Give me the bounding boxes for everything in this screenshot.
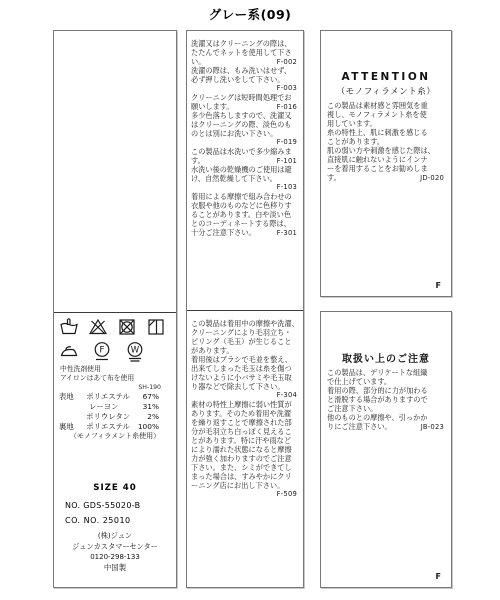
caution-line: とがあります。特に汗や雨など — [191, 436, 299, 445]
care-symbols-row-2: F W — [59, 341, 145, 362]
caution-line: F-103 — [191, 183, 299, 192]
care-label-panel: F W 中性洗剤使用 アイロンはあて布を使用 SH-190 表地 ポリエステル … — [53, 30, 177, 588]
handling-line: ご注意下さい。 — [327, 404, 446, 413]
caution-line: 分が毛羽立ち白っぽく見えるこ — [191, 427, 299, 436]
caution-line: 力が強く加わりますのでご注意 — [191, 454, 299, 463]
caution-line: 水洗い後の乾燥機のご使用は避 — [191, 165, 299, 174]
attention-line: 用しています。 — [327, 119, 446, 128]
composition-material: ポリウレタン — [86, 412, 130, 422]
attention-line: 視し、モノフィラメント糸を使 — [327, 110, 446, 119]
line-dry-in-shade-icon — [146, 317, 166, 337]
caution-line: 洗濯又はクリーニングの際は、 — [191, 39, 299, 48]
handling-text: この製品は、デリケートな組織 で仕上げています。 着用の際、部分的に力が加わる … — [327, 368, 446, 431]
caution-line: たたんでネットを使用して下さ — [191, 48, 299, 57]
caution-line: この製品は水洗いで多少縮みま — [191, 147, 299, 156]
iron-icon — [59, 341, 79, 362]
attention-text: この製品は素材感と雰囲気を重 視し、モノフィラメント糸を使 用しています。 糸の… — [327, 101, 446, 182]
composition-material: ポリエステル — [86, 392, 130, 402]
caution-line: クリーニングにより毛羽立ち・ — [191, 328, 299, 337]
caution-code: F-019 — [277, 138, 299, 147]
care-notes: 中性洗剤使用 アイロンはあて布を使用 — [60, 365, 134, 383]
handling-line: 他のものとの摩擦や、引っかか — [327, 413, 446, 422]
caution-code: F-003 — [277, 84, 299, 93]
caution-line: ピリング（毛玉）が生じること — [191, 337, 299, 346]
caution-line: ることがあります。白や淡い色 — [191, 210, 299, 219]
caution-line: い。 F-002 — [191, 57, 299, 66]
caution-line: 着用による摩擦で組み合わせの — [191, 192, 299, 201]
wet-clean-icon: W — [125, 341, 145, 362]
caution-line: 衣服や他のものなどに色移りす — [191, 201, 299, 210]
caution-line: 下さい。また、シミができてし — [191, 463, 299, 472]
ref-code: SH-190 — [138, 384, 161, 391]
caution-line: けないように小バサミや毛玉取 — [191, 373, 299, 382]
maker-block: (株)ジュン ジュンカスタマーセンター 0120-298-133 中国製 — [54, 531, 176, 573]
composition-percent: 31% — [127, 402, 171, 412]
care-note-iron-cloth: アイロンはあて布を使用 — [60, 374, 134, 383]
caution-line: 必ず押し洗いをして下さい。 — [191, 75, 299, 84]
left-panel-divider — [54, 312, 176, 313]
caution-line: 出来てしまった毛玉は糸を傷つ — [191, 364, 299, 373]
svg-text:W: W — [131, 346, 140, 356]
caution-line: のとは別にお洗い下さい。 — [191, 129, 299, 138]
phone-number: 0120-298-133 — [54, 552, 176, 563]
caution-line: を繰り返すことで摩擦された部 — [191, 418, 299, 427]
handling-code: JB-023 — [421, 423, 446, 432]
caution-line: はクリーニングの際、淡色のも — [191, 120, 299, 129]
caution-line: す。 F-101 — [191, 156, 299, 165]
middle-panel-divider — [187, 310, 303, 311]
attention-line: 糸の特性上、肌に刺激を感じる — [327, 128, 446, 137]
caution-line: ーニング店にお出し下さい。 — [191, 481, 299, 490]
handling-line: 着用の際、部分的に力が加わる — [327, 386, 446, 395]
caution-code: F-304 — [277, 391, 299, 400]
caution-line: F-003 — [191, 84, 299, 93]
attention-heading: ATTENTION — [321, 71, 451, 83]
caution-line: F-019 — [191, 138, 299, 147]
attention-line: 肌の弱い方や刺激を感じた際は、 — [327, 146, 446, 155]
attention-line: ことがあります。 — [327, 137, 446, 146]
handling-caution-panel: 取扱い上のご注意 この製品は、デリケートな組織 で仕上げています。 着用の際、部… — [320, 311, 452, 588]
item-number: NO. GDS-55020-B — [65, 501, 140, 510]
attention-panel: ATTENTION （モノフィラメント糸） この製品は素材感と雰囲気を重 視し、… — [320, 30, 452, 297]
composition-percent: 2% — [130, 412, 171, 422]
caution-line: 着用後はブラシで毛並を整え、 — [191, 355, 299, 364]
company-name: (株)ジュン — [54, 531, 176, 542]
co-number: CO. NO. 25010 — [65, 516, 131, 525]
caution-line: とのコーディネートする際は、 — [191, 219, 299, 228]
handling-line: この製品は、デリケートな組織 — [327, 368, 446, 377]
handling-line: で仕上げています。 — [327, 377, 446, 386]
composition-row: レーヨン 31% — [59, 402, 171, 412]
country-of-origin: 中国製 — [54, 563, 176, 574]
wash-caution-panel: 洗濯又はクリーニングの際は、 たたんでネットを使用して下さ い。 F-002 洗… — [186, 30, 304, 588]
do-not-tumble-dry-icon — [117, 317, 137, 337]
care-note-detergent: 中性洗剤使用 — [60, 365, 134, 374]
composition-table: 表地 ポリエステル 67% レーヨン 31% ポリウレタン 2% 裏地 ポリエス… — [59, 392, 171, 432]
caution-line: 洗濯の際は、もみ洗いはせず、 — [191, 66, 299, 75]
attention-line: この製品は素材感と雰囲気を重 — [327, 101, 446, 110]
caution-line: け、自然乾燥して下さい。 — [191, 174, 299, 183]
wash-caution-text-top: 洗濯又はクリーニングの際は、 たたんでネットを使用して下さ い。 F-002 洗… — [191, 39, 299, 237]
caution-line: F-304 — [191, 391, 299, 400]
handling-heading: 取扱い上のご注意 — [321, 350, 451, 365]
attention-line: す。 JD-020 — [327, 173, 446, 182]
attention-subheading: （モノフィラメント糸） — [321, 85, 451, 97]
panel-footer-mark: F — [436, 572, 441, 581]
attention-line: ーを着用することをお勧めしま — [327, 164, 446, 173]
caution-line: 十分ご注意下さい。 F-301 — [191, 228, 299, 237]
attention-line: 直接肌に触れないようにインナ — [327, 155, 446, 164]
caution-line: り器などで除去して下さい。 — [191, 382, 299, 391]
caution-line: まった場合は、すみやかにクリ — [191, 472, 299, 481]
caution-line: 多少色落ちしますので、洗濯又 — [191, 111, 299, 120]
caution-line: 願いします。 F-016 — [191, 102, 299, 111]
monofilament-note: （モノフィラメント糸使用） — [54, 431, 176, 441]
caution-line: があります。 — [191, 346, 299, 355]
composition-part — [59, 402, 89, 412]
customer-center: ジュンカスタマーセンター — [54, 542, 176, 553]
composition-row: 表地 ポリエステル 67% — [59, 392, 171, 402]
care-symbols-row-1 — [59, 317, 166, 337]
composition-part — [59, 412, 86, 422]
handling-line: と滑脱する場合がありますので — [327, 395, 446, 404]
svg-text:F: F — [99, 346, 104, 356]
caution-line: により濡れた状態になると摩擦 — [191, 445, 299, 454]
caution-line: クリーニングは短時間処理でお — [191, 93, 299, 102]
dry-clean-petroleum-icon: F — [92, 341, 112, 362]
caution-line: この製品は着用中の摩擦や洗濯、 — [191, 319, 299, 328]
composition-percent: 67% — [130, 392, 171, 402]
handling-line: りにご注意下さい。 JB-023 — [327, 422, 446, 431]
do-not-bleach-icon — [88, 317, 108, 337]
page-title: グレー系(09) — [0, 5, 500, 23]
panel-footer-mark: F — [436, 281, 441, 290]
caution-code: F-301 — [277, 229, 299, 238]
composition-row: ポリウレタン 2% — [59, 412, 171, 422]
caution-line: F-509 — [191, 490, 299, 499]
composition-material: レーヨン — [89, 402, 127, 412]
hand-wash-icon — [59, 317, 79, 337]
attention-code: JD-020 — [420, 174, 446, 183]
caution-line: 素材の特性上摩擦に弱い性質が — [191, 400, 299, 409]
caution-code: F-509 — [277, 490, 299, 499]
wash-caution-text-bottom: この製品は着用中の摩擦や洗濯、 クリーニングにより毛羽立ち・ ピリング（毛玉）が… — [191, 319, 299, 499]
caution-code: F-103 — [277, 183, 299, 192]
composition-part: 表地 — [59, 392, 86, 402]
size-label: SIZE 40 — [54, 483, 176, 493]
caution-line: あります。そのため着用や洗濯 — [191, 409, 299, 418]
